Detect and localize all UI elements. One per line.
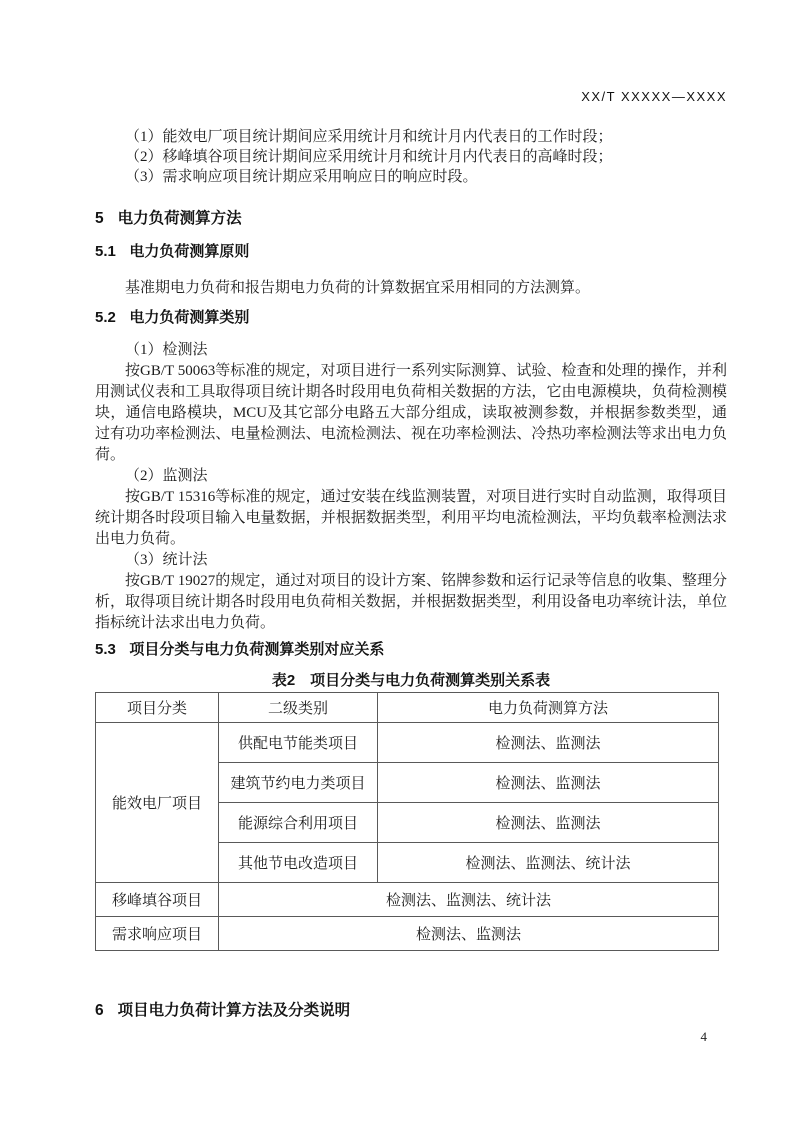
method-1-label: （1）检测法 bbox=[95, 340, 727, 361]
comparison-table: 项目分类 二级类别 电力负荷测算方法 能效电厂项目 供配电节能类项目 检测法、监… bbox=[95, 692, 719, 951]
clause-5-3-number: 5.3 bbox=[95, 641, 116, 658]
table-cell-method: 检测法、监测法 bbox=[378, 723, 719, 763]
table-cell-method: 检测法、监测法 bbox=[378, 803, 719, 843]
table-header-method: 电力负荷测算方法 bbox=[378, 693, 719, 723]
clause-5-1-number: 5.1 bbox=[95, 243, 116, 260]
table-header-row: 项目分类 二级类别 电力负荷测算方法 bbox=[96, 693, 719, 723]
method-3-label: （3）统计法 bbox=[95, 550, 727, 571]
document-page: XX/T XXXXX—XXXX （1）能效电厂项目统计期间应采用统计月和统计月内… bbox=[0, 0, 793, 1122]
table-header-subcategory: 二级类别 bbox=[219, 693, 378, 723]
page-number: 4 bbox=[701, 1030, 708, 1044]
list-item-3: （3）需求响应项目统计期应采用响应日的响应时段。 bbox=[95, 167, 727, 187]
table-cell-method: 检测法、监测法 bbox=[378, 763, 719, 803]
list-item-2: （2）移峰填谷项目统计期间应采用统计月和统计月内代表日的高峰时段； bbox=[95, 147, 727, 167]
paragraph-5-1: 基准期电力负荷和报告期电力负荷的计算数据宜采用相同的方法测算。 bbox=[95, 278, 727, 299]
list-item-1: （1）能效电厂项目统计期间应采用统计月和统计月内代表日的工作时段； bbox=[95, 127, 727, 147]
table-row: 能效电厂项目 供配电节能类项目 检测法、监测法 bbox=[96, 723, 719, 763]
clause-5-heading: 5电力负荷测算方法 bbox=[95, 210, 727, 227]
clause-5-2-number: 5.2 bbox=[95, 309, 116, 326]
table-header-category: 项目分类 bbox=[96, 693, 219, 723]
table-2-caption-title: 项目分类与电力负荷测算类别关系表 bbox=[310, 672, 550, 689]
clause-6-heading: 6项目电力负荷计算方法及分类说明 bbox=[95, 1002, 727, 1019]
clause-5-1-heading: 5.1电力负荷测算原则 bbox=[95, 244, 727, 260]
table-cell-method: 检测法、监测法、统计法 bbox=[378, 843, 719, 883]
table-cell-subcategory: 供配电节能类项目 bbox=[219, 723, 378, 763]
clause-5-3-heading: 5.3项目分类与电力负荷测算类别对应关系 bbox=[95, 642, 727, 658]
table-cell-method: 检测法、监测法、统计法 bbox=[219, 883, 719, 917]
table-cell-subcategory: 能源综合利用项目 bbox=[219, 803, 378, 843]
clause-5-title: 电力负荷测算方法 bbox=[118, 210, 242, 227]
clause-5-2-title: 电力负荷测算类别 bbox=[129, 309, 249, 326]
table-cell-category-demand: 需求响应项目 bbox=[96, 917, 219, 951]
method-2-label: （2）监测法 bbox=[95, 466, 727, 487]
clause-5-number: 5 bbox=[95, 210, 104, 227]
table-2-caption: 表2项目分类与电力负荷测算类别关系表 bbox=[95, 673, 727, 689]
standard-number-header: XX/T XXXXX—XXXX bbox=[95, 90, 727, 104]
table-row: 需求响应项目 检测法、监测法 bbox=[96, 917, 719, 951]
method-3-paragraph: 按GB/T 19027的规定，通过对项目的设计方案、铭牌参数和运行记录等信息的收… bbox=[95, 571, 727, 634]
method-1-paragraph: 按GB/T 50063等标准的规定，对项目进行一系列实际测算、试验、检查和处理的… bbox=[95, 361, 727, 466]
clause-6-title: 项目电力负荷计算方法及分类说明 bbox=[118, 1002, 351, 1019]
page-content: XX/T XXXXX—XXXX （1）能效电厂项目统计期间应采用统计月和统计月内… bbox=[95, 90, 727, 1019]
clause-6-number: 6 bbox=[95, 1002, 104, 1019]
clause-5-1-title: 电力负荷测算原则 bbox=[129, 243, 249, 260]
table-cell-method: 检测法、监测法 bbox=[219, 917, 719, 951]
method-2-paragraph: 按GB/T 15316等标准的规定，通过安装在线监测装置，对项目进行实时自动监测… bbox=[95, 487, 727, 550]
table-cell-subcategory: 其他节电改造项目 bbox=[219, 843, 378, 883]
table-2-caption-label: 表2 bbox=[272, 672, 295, 689]
table-cell-subcategory: 建筑节约电力类项目 bbox=[219, 763, 378, 803]
table-row: 移峰填谷项目 检测法、监测法、统计法 bbox=[96, 883, 719, 917]
clause-5-3-title: 项目分类与电力负荷测算类别对应关系 bbox=[129, 641, 384, 658]
clause-5-2-heading: 5.2电力负荷测算类别 bbox=[95, 310, 727, 326]
table-cell-category-eep: 能效电厂项目 bbox=[96, 723, 219, 883]
table-cell-category-peak: 移峰填谷项目 bbox=[96, 883, 219, 917]
